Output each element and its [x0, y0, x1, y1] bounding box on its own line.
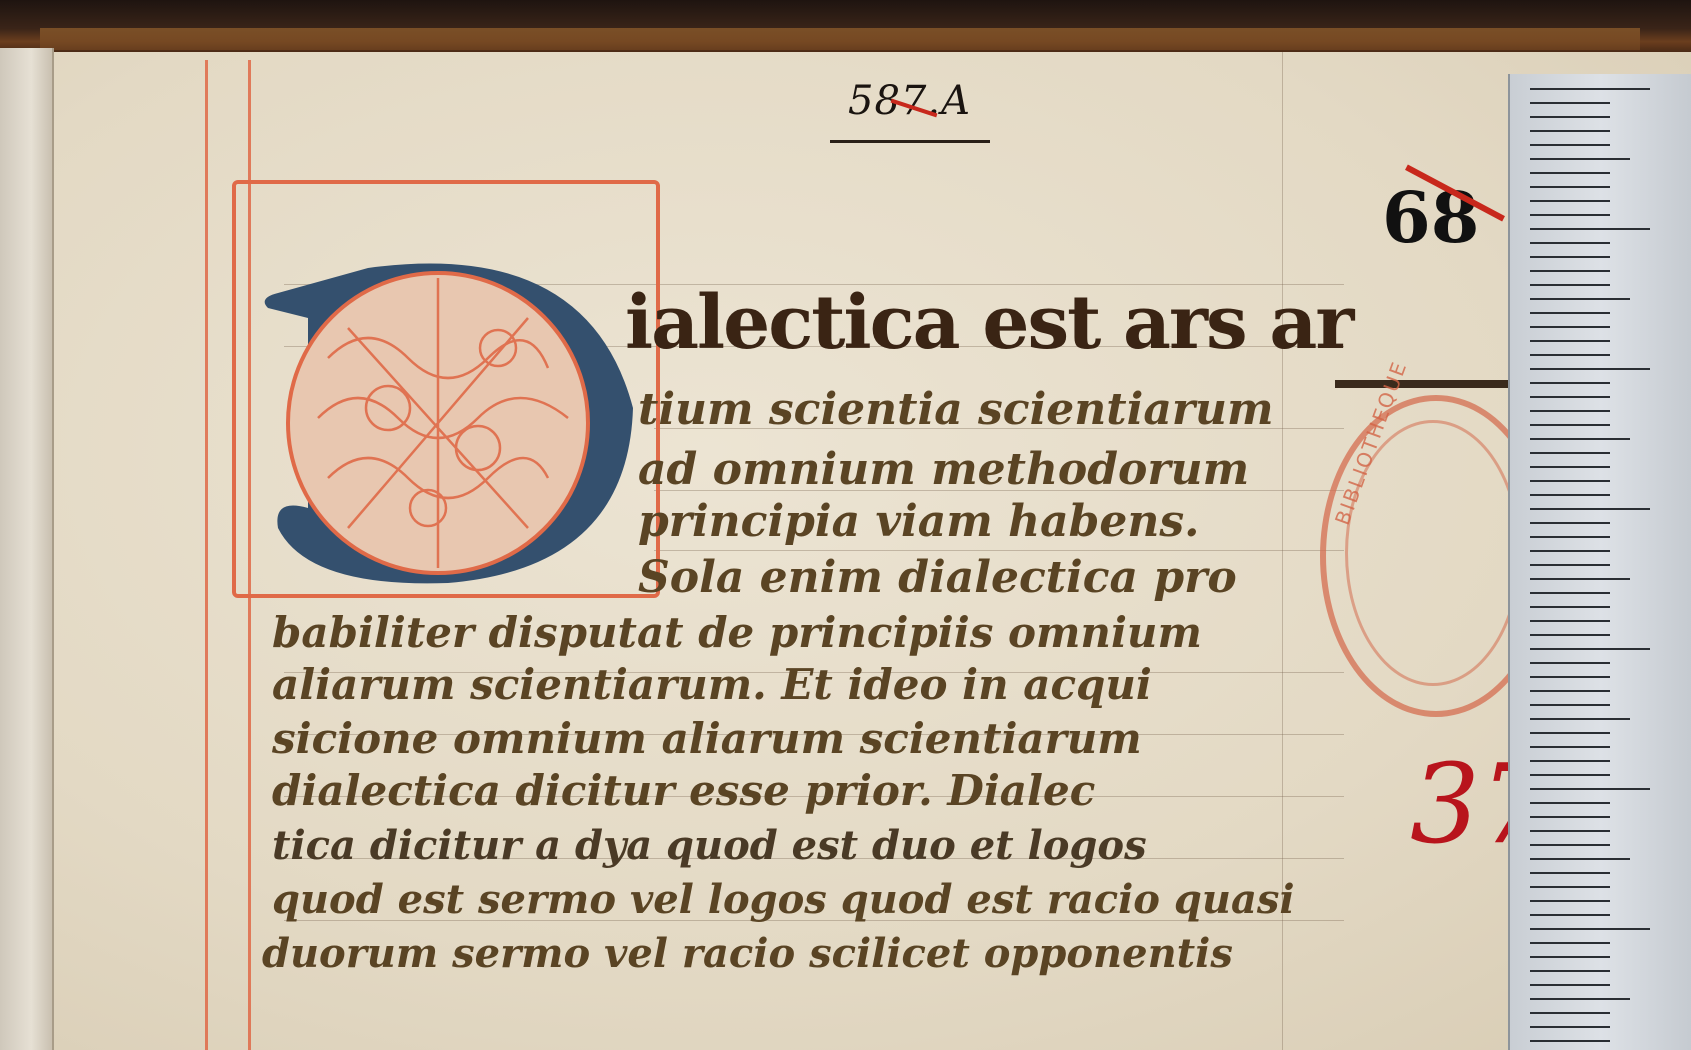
ruler-tick: [1530, 788, 1650, 790]
text-line: quod est sermo vel logos quod est racio …: [272, 876, 1295, 923]
ruler-tick: [1530, 802, 1610, 804]
ruler-tick: [1530, 88, 1650, 90]
left-page-edge: [0, 48, 54, 1050]
ruler-tick: [1530, 900, 1610, 902]
ruler-tick: [1530, 382, 1610, 384]
ruler-tick: [1530, 592, 1610, 594]
ruler-tick: [1530, 564, 1610, 566]
folio-number: 587.A: [848, 78, 971, 124]
ruler-tick: [1530, 214, 1610, 216]
ruler-tick: [1530, 844, 1610, 846]
ruler-tick: [1530, 354, 1610, 356]
ruler-tick: [1530, 1026, 1610, 1028]
ruler-tick: [1530, 928, 1650, 930]
ruler-tick: [1530, 620, 1610, 622]
text-line: babiliter disputat de principiis omnium: [272, 608, 1202, 657]
ruler-tick: [1530, 606, 1610, 608]
text-line: tica dicitur a dya quod est duo et logos: [272, 822, 1147, 869]
ruler-tick: [1530, 116, 1610, 118]
ruler-tick: [1530, 186, 1610, 188]
old-folio-number: 68: [1382, 176, 1479, 259]
ruler-tick: [1530, 872, 1610, 874]
ruler-tick: [1530, 270, 1610, 272]
ruler-tick: [1530, 158, 1630, 160]
margin-rule: [1335, 380, 1510, 388]
ruler-tick: [1530, 228, 1650, 230]
ruler-tick: [1530, 536, 1610, 538]
ruler-tick: [1530, 466, 1610, 468]
ruler-tick: [1530, 704, 1610, 706]
ruler-tick: [1530, 298, 1630, 300]
text-line: dialectica dicitur esse prior. Dialec: [272, 766, 1095, 815]
ruler-tick: [1530, 998, 1630, 1000]
text-line: sicione omnium aliarum scientiarum: [272, 714, 1142, 763]
ruler-tick: [1530, 102, 1610, 104]
ruler-tick: [1530, 662, 1610, 664]
ruler-tick: [1530, 144, 1610, 146]
ruler-tick: [1530, 746, 1610, 748]
text-line: principia viam habens.: [638, 496, 1199, 547]
ruler-tick: [1530, 340, 1610, 342]
ruler-tick: [1530, 256, 1610, 258]
illuminated-initial-d-icon: [248, 238, 638, 588]
ruler-tick: [1530, 690, 1610, 692]
text-line: aliarum scientiarum. Et ideo in acqui: [272, 660, 1152, 709]
ruler-tick: [1530, 424, 1610, 426]
ruler-tick: [1530, 130, 1610, 132]
ruler-tick: [1530, 984, 1610, 986]
ruler-tick: [1530, 942, 1610, 944]
text-line: Sola enim dialectica pro: [638, 552, 1237, 603]
ruler-tick: [1530, 522, 1610, 524]
ruler-tick: [1530, 312, 1610, 314]
book-binding: [0, 0, 1691, 52]
ruler-tick: [1530, 438, 1630, 440]
folio-underline: [830, 140, 990, 143]
ruler-tick: [1530, 452, 1610, 454]
ruler-tick: [1530, 1012, 1610, 1014]
ruler-tick: [1530, 410, 1610, 412]
ruler-tick: [1530, 368, 1650, 370]
ruler-tick: [1530, 886, 1610, 888]
ruler-tick: [1530, 914, 1610, 916]
ruler-tick: [1530, 396, 1610, 398]
ruler-tick: [1530, 760, 1610, 762]
text-line: ad omnium methodorum: [638, 444, 1249, 495]
ruler-tick: [1530, 480, 1610, 482]
ruler-tick: [1530, 774, 1610, 776]
ruler-tick: [1530, 732, 1610, 734]
ruler-tick: [1530, 718, 1630, 720]
ruler-tick: [1530, 956, 1610, 958]
incipit-line: ialectica est ars ar: [625, 280, 1352, 366]
ruler-tick: [1530, 634, 1610, 636]
ruler-tick: [1530, 494, 1610, 496]
ruler-tick: [1530, 676, 1610, 678]
ruler-tick: [1530, 172, 1610, 174]
ruler-tick: [1530, 200, 1610, 202]
text-line: tium scientia scientiarum: [638, 384, 1274, 435]
ruler-tick: [1530, 1040, 1610, 1042]
text-line: duorum sermo vel racio scilicet opponent…: [262, 930, 1233, 977]
ruler-tick: [1530, 970, 1610, 972]
ruler-tick: [1530, 858, 1630, 860]
binding-strip: [40, 28, 1640, 50]
ruling-line: [654, 550, 1344, 551]
ruler-tick: [1530, 242, 1610, 244]
ruler-tick: [1530, 830, 1610, 832]
ruler-tick: [1530, 550, 1610, 552]
ruler-tick: [1530, 816, 1610, 818]
ruler-tick: [1530, 578, 1630, 580]
ruler-tick: [1530, 284, 1610, 286]
ruler-tick: [1530, 648, 1650, 650]
ruler-tick: [1530, 508, 1650, 510]
ruler-tick: [1530, 326, 1610, 328]
measuring-ruler: [1508, 74, 1691, 1050]
